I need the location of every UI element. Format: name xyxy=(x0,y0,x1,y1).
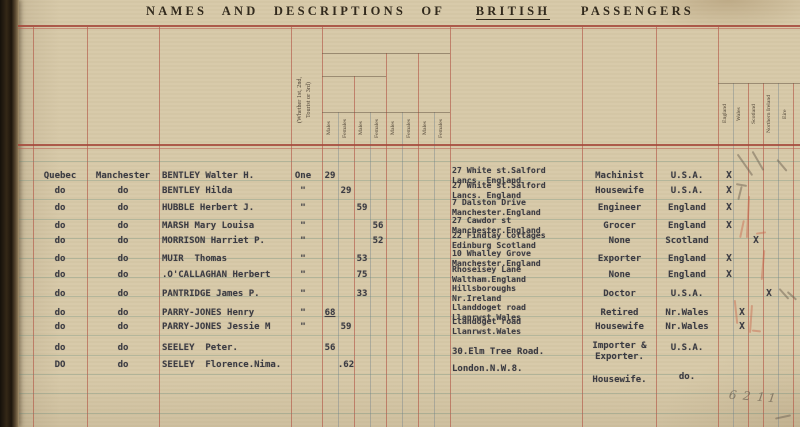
cell-port-landed: do xyxy=(87,221,159,231)
cell-port-embarkation: do xyxy=(33,270,87,280)
cell-port-embarkation: do xyxy=(33,322,87,332)
cell-port-embarkation: do xyxy=(33,186,87,196)
cell-last-residence: England xyxy=(656,254,718,264)
cell-age: 33 xyxy=(353,289,371,299)
cell-proposed-address: 30.Elm Tree Road. London.N.W.8. xyxy=(452,344,544,378)
ruled-paper-line xyxy=(19,393,800,394)
ruled-paper-line xyxy=(19,199,800,200)
ruled-paper-line xyxy=(19,355,800,356)
rule-line xyxy=(18,25,800,27)
rule-line xyxy=(322,53,450,54)
ruled-paper-line xyxy=(19,335,800,336)
pencil-tally-digit: 1 xyxy=(767,391,776,406)
column-line xyxy=(338,112,339,427)
cell-passenger-name: PARRY-JONES Henry xyxy=(162,308,254,318)
cell-age: 59 xyxy=(337,322,355,332)
cell-age: 59 xyxy=(353,203,371,213)
title-part2: PASSENGERS xyxy=(581,4,694,18)
col5-sex-label: Females xyxy=(342,114,350,143)
cell-passenger-name: HUBBLE Herbert J. xyxy=(162,203,254,213)
cell-last-residence: U.S.A. xyxy=(656,186,718,196)
col9-country-label: Eire xyxy=(782,86,791,142)
column-line xyxy=(718,27,719,427)
cell-last-residence: England xyxy=(656,270,718,280)
cell-last-residence: Scotland xyxy=(656,236,718,246)
cell-port-landed: do xyxy=(87,203,159,213)
cell-age: 52 xyxy=(369,236,387,246)
cell-class: " xyxy=(292,254,314,264)
column-line xyxy=(418,53,419,427)
cell-last-residence: England xyxy=(656,203,718,213)
pencil-stroke xyxy=(737,154,753,176)
cell-port-landed: do xyxy=(87,308,159,318)
cell-passenger-name: PANTRIDGE James P. xyxy=(162,289,260,299)
cell-profession: Importer & Exporter. xyxy=(583,341,656,363)
pencil-tally-digit: 6 xyxy=(728,388,737,403)
cell-future-residence-mark: X xyxy=(723,186,735,196)
ruled-paper-line xyxy=(19,219,800,220)
red-pencil-stroke xyxy=(739,220,744,238)
cell-proposed-address: Hillsboroughs Nr.Ireland xyxy=(452,284,516,303)
cell-age: 56 xyxy=(321,343,339,353)
col5-sex-label: Females xyxy=(438,114,446,143)
cell-future-residence-mark: X xyxy=(723,171,735,181)
cell-profession: Grocer xyxy=(583,221,656,232)
cell-profession: Machinist xyxy=(583,171,656,182)
pencil-stroke xyxy=(779,288,789,299)
page-title: NAMES AND DESCRIPTIONS OF BRITISH PASSEN… xyxy=(40,4,800,19)
passenger-manifest-page: NAMES AND DESCRIPTIONS OF BRITISH PASSEN… xyxy=(0,0,800,427)
rule-line xyxy=(718,83,800,84)
column-line xyxy=(402,112,403,427)
cell-future-residence-mark: X xyxy=(736,308,748,318)
cell-passenger-name: SEELEY Peter. xyxy=(162,343,238,353)
col4-class-note: (Whether 1st, 2nd, xyxy=(296,58,305,142)
col5-sex-label: Males xyxy=(358,114,366,143)
cell-port-embarkation: do xyxy=(33,289,87,299)
cell-passenger-name: BENTLEY Walter H. xyxy=(162,171,254,181)
column-line xyxy=(778,83,779,427)
cell-future-residence-mark: X xyxy=(723,270,735,280)
cell-port-embarkation: do xyxy=(33,343,87,353)
cell-proposed-address: Rhoseisey Lane Waltham.England xyxy=(452,265,526,284)
cell-age: 29 xyxy=(321,171,339,181)
cell-port-landed: do xyxy=(87,360,159,370)
column-line xyxy=(159,27,160,427)
cell-proposed-address: Llandoget road Llanrwst.Wales xyxy=(452,317,521,336)
pencil-tally-digit: 2 xyxy=(742,389,751,404)
title-emphasis: BRITISH xyxy=(476,4,551,20)
ruled-paper-line xyxy=(19,413,800,414)
cell-passenger-name: MUIR Thomas xyxy=(162,254,227,264)
cell-passenger-name: MORRISON Harriet P. xyxy=(162,236,265,246)
cell-profession: Doctor xyxy=(583,289,656,300)
cell-port-embarkation: do xyxy=(33,236,87,246)
cell-port-landed: do xyxy=(87,254,159,264)
cell-passenger-name: .O'CALLAGHAN Herbert xyxy=(162,270,270,280)
book-binding-edge xyxy=(0,0,19,427)
cell-passenger-name: PARRY-JONES Jessie M xyxy=(162,322,270,332)
rule-line xyxy=(18,148,800,149)
cell-age: .62 xyxy=(337,360,355,370)
rule-line xyxy=(18,144,800,146)
cell-class: One xyxy=(292,171,314,181)
column-line xyxy=(793,83,794,427)
pencil-tally-digit: 1 xyxy=(756,390,765,405)
col9-country-label: Wales xyxy=(736,86,745,142)
cell-port-embarkation: DO xyxy=(33,360,87,370)
cell-port-landed: do xyxy=(87,270,159,280)
cell-future-residence-mark: X xyxy=(723,203,735,213)
cell-age: 68 xyxy=(321,308,339,318)
rule-line xyxy=(18,28,800,29)
cell-last-residence: U.S.A. xyxy=(656,289,718,299)
cell-profession: None xyxy=(583,270,656,281)
cell-port-landed: do xyxy=(87,186,159,196)
cell-class: " xyxy=(292,270,314,280)
col9-country-label: Scotland xyxy=(751,86,760,142)
column-line xyxy=(434,112,435,427)
red-pencil-stroke xyxy=(752,330,761,332)
cell-port-landed: Manchester xyxy=(87,171,159,181)
cell-port-landed: do xyxy=(87,236,159,246)
cell-last-residence: England xyxy=(656,221,718,231)
cell-port-landed: do xyxy=(87,322,159,332)
rule-line xyxy=(322,76,386,77)
column-line xyxy=(322,27,323,427)
cell-age: 53 xyxy=(353,254,371,264)
col4-class-note: Tourist or 3rd) xyxy=(305,58,314,142)
cell-last-residence: Nr.Wales xyxy=(656,308,718,318)
col9-country-label: Northern Ireland xyxy=(766,86,775,142)
cell-passenger-name: BENTLEY Hilda xyxy=(162,186,232,196)
cell-port-embarkation: do xyxy=(33,221,87,231)
column-line xyxy=(748,83,749,427)
col5-sex-label: Females xyxy=(406,114,414,143)
cell-age: 56 xyxy=(369,221,387,231)
cell-class: " xyxy=(292,289,314,299)
cell-port-landed: do xyxy=(87,343,159,353)
cell-profession: Housewife. xyxy=(583,375,656,386)
col9-country-label: England xyxy=(722,86,731,142)
cell-last-residence: U.S.A. xyxy=(656,343,718,353)
col5-sex-label: Males xyxy=(390,114,398,143)
cell-future-residence-mark: X xyxy=(723,254,735,264)
cell-last-residence: do. xyxy=(656,372,718,382)
cell-class: " xyxy=(292,236,314,246)
cell-port-landed: do xyxy=(87,289,159,299)
ruled-paper-line xyxy=(19,161,800,162)
col5-sex-label: Males xyxy=(422,114,430,143)
cell-future-residence-mark: X xyxy=(750,236,762,246)
column-line xyxy=(450,27,451,427)
cell-last-residence: U.S.A. xyxy=(656,171,718,181)
cell-age: 75 xyxy=(353,270,371,280)
cell-port-embarkation: Quebec xyxy=(33,171,87,181)
cell-class: " xyxy=(292,221,314,231)
title-part1: NAMES AND DESCRIPTIONS OF xyxy=(146,4,445,18)
cell-class: " xyxy=(292,186,314,196)
col5-sex-label: Females xyxy=(374,114,382,143)
cell-profession: Exporter xyxy=(583,254,656,265)
cell-port-embarkation: do xyxy=(33,203,87,213)
cell-class: " xyxy=(292,322,314,332)
cell-profession: Housewife xyxy=(583,186,656,197)
cell-age: 29 xyxy=(337,186,355,196)
cell-port-embarkation: do xyxy=(33,308,87,318)
cell-profession: None xyxy=(583,236,656,247)
cell-port-embarkation: do xyxy=(33,254,87,264)
cell-profession: Housewife xyxy=(583,322,656,333)
rule-line xyxy=(322,112,450,113)
red-pencil-stroke xyxy=(756,231,766,234)
cell-passenger-name: SEELEY Florence.Nima. xyxy=(162,360,281,370)
cell-future-residence-mark: X xyxy=(723,221,735,231)
cell-last-residence: Nr.Wales xyxy=(656,322,718,332)
cell-class: " xyxy=(292,308,314,318)
pencil-stroke xyxy=(737,186,742,200)
cell-profession: Engineer xyxy=(583,203,656,214)
cell-future-residence-mark: X xyxy=(763,289,775,299)
cell-passenger-name: MARSH Mary Louisa xyxy=(162,221,254,231)
col5-sex-label: Males xyxy=(326,114,334,143)
cell-profession: Retired xyxy=(583,308,656,319)
cell-class: " xyxy=(292,203,314,213)
